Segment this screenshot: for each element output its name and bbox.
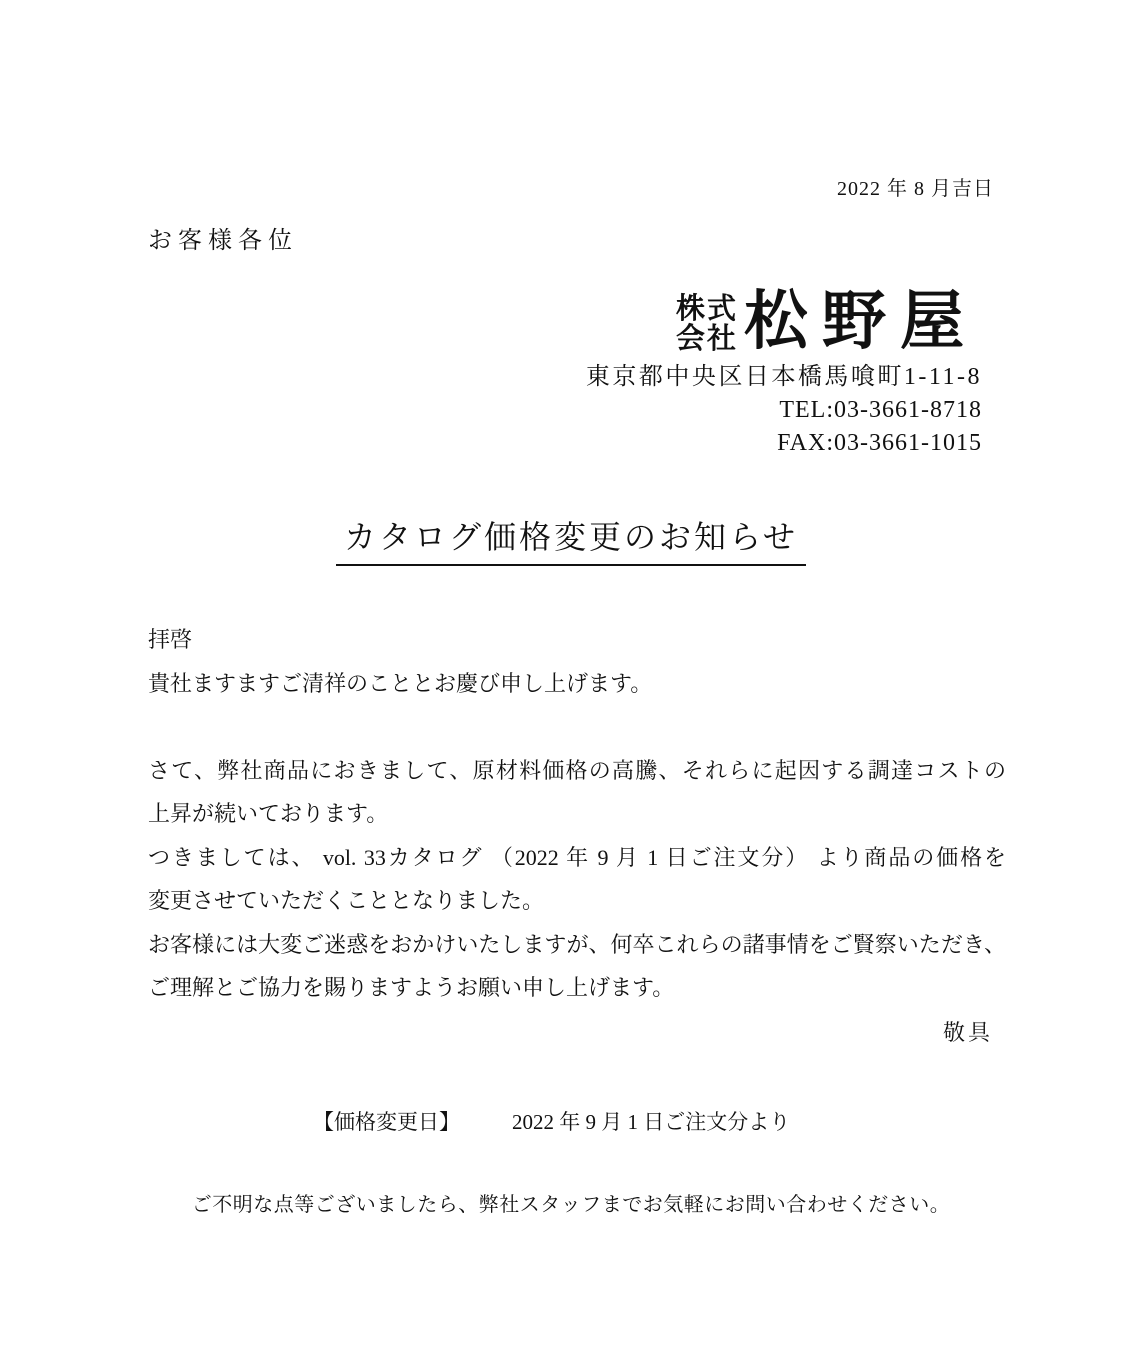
body-line: 変更させていただくこととなりました。 [148, 879, 1006, 923]
company-address: 東京都中央区日本橋馬喰町1-11-8 [586, 361, 982, 394]
company-logo: 株式 会社 松野屋 [586, 290, 978, 355]
body-line: お客様には大変ご迷惑をおかけいたしますが、何卒これらの諸事情をご賢察いただき、 [148, 923, 1006, 967]
recipient-line: お客様各位 [148, 220, 298, 255]
price-change-label: 【価格変更日】 [313, 1110, 460, 1134]
salutation: 拝啓 [148, 618, 1006, 662]
footer-note: ご不明な点等ございましたら、弊社スタッフまでお気軽にお問い合わせください。 [0, 1188, 1142, 1217]
company-fax: FAX:03-3661-1015 [586, 427, 982, 460]
company-logo-prefix: 株式 会社 [676, 294, 738, 355]
price-change-notice: 【価格変更日】2022 年 9 月 1 日ご注文分より [313, 1106, 790, 1136]
logo-prefix-top: 株式 [676, 294, 738, 324]
body-line: さて、弊社商品におきまして、原材料価格の高騰、それらに起因する調達コストの [148, 749, 1006, 793]
body-line: ご理解とご協力を賜りますようお願い申し上げます。 [148, 966, 1006, 1010]
title-row: カタログ価格変更のお知らせ [0, 512, 1142, 566]
body-line: 上昇が続いております。 [148, 792, 1006, 836]
closing-word: 敬具 [943, 1016, 993, 1047]
letter-page: 2022 年 8 月吉日 お客様各位 株式 会社 松野屋 東京都中央区日本橋馬喰… [0, 0, 1142, 1357]
body-line: つきましては、 vol. 33カタログ （2022 年 9 月 1 日ご注文分）… [148, 836, 1006, 880]
document-title: カタログ価格変更のお知らせ [336, 512, 806, 566]
letter-date: 2022 年 8 月吉日 [837, 172, 994, 201]
company-logo-name: 松野屋 [744, 290, 978, 354]
logo-prefix-bottom: 会社 [676, 324, 738, 354]
company-tel: TEL:03-3661-8718 [586, 394, 982, 427]
greeting-line: 貴社ますますご清祥のこととお慶び申し上げます。 [148, 662, 1006, 706]
price-change-value: 2022 年 9 月 1 日ご注文分より [512, 1110, 790, 1134]
letter-body: 拝啓 貴社ますますご清祥のこととお慶び申し上げます。 さて、弊社商品におきまして… [148, 618, 1006, 1010]
company-block: 株式 会社 松野屋 東京都中央区日本橋馬喰町1-11-8 TEL:03-3661… [586, 290, 982, 460]
